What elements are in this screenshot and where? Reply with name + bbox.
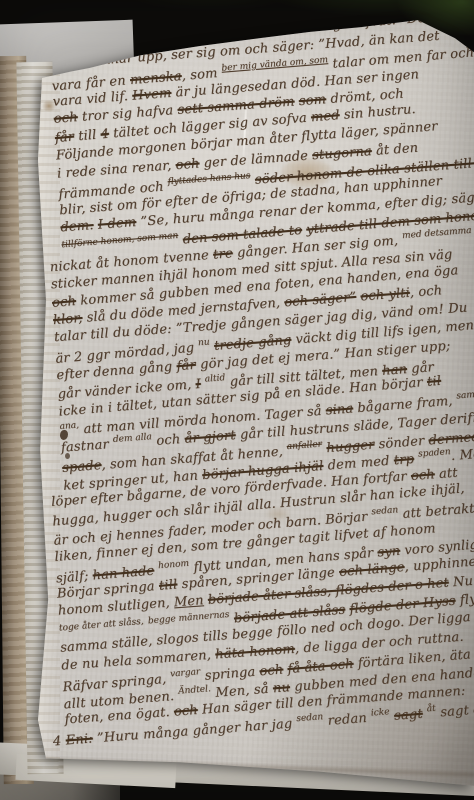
struck-text: år gjort <box>184 428 236 447</box>
struck-text: syn <box>377 543 401 560</box>
struck-text: anfaller <box>286 439 322 452</box>
struck-text: spade <box>62 458 102 476</box>
handwritten-text: springa <box>200 664 260 684</box>
struck-text: hugger <box>326 437 375 456</box>
struck-text: och <box>173 703 198 720</box>
inserted-text: honom <box>158 558 190 570</box>
inserted-text: samma <box>456 389 474 401</box>
manuscript-text: · den i backen? Vänd vackert om, i fall … <box>0 0 474 756</box>
handwritten-text: , som <box>181 65 222 83</box>
inserted-text: icke <box>371 707 390 718</box>
struck-text: trp <box>393 452 414 469</box>
handwritten-text: redan <box>323 711 372 730</box>
struck-text: I dem <box>97 215 136 233</box>
handwritten-text: till <box>73 128 101 145</box>
inserted-text: sedan <box>371 506 399 518</box>
struck-text: han hade <box>92 563 155 583</box>
page-shadow-wrap: · den i backen? Vänd vackert om, i fall … <box>0 0 474 800</box>
struck-text: med <box>310 108 340 125</box>
inserted-text: sedan <box>296 712 324 724</box>
manuscript-photo: · den i backen? Vänd vackert om, i fall … <box>0 0 474 800</box>
handwritten-text: , och <box>409 283 442 300</box>
struck-text: får <box>54 130 74 146</box>
struck-text: sina <box>325 402 354 419</box>
struck-text: och <box>53 110 78 127</box>
handwritten-text: att <box>434 466 458 483</box>
fold-crease <box>30 754 474 779</box>
inserted-text: vargar <box>170 667 201 679</box>
struck-text: dem. <box>60 218 94 235</box>
handwritten-text: 4 <box>52 734 66 750</box>
struck-text: nu <box>272 680 290 696</box>
struck-text: och <box>175 156 200 173</box>
handwritten-text: och <box>152 432 186 449</box>
handwritten-text: åt den <box>371 140 418 158</box>
handwritten-text: . Men <box>450 446 474 464</box>
inserted-text: dem alla <box>113 432 153 445</box>
manuscript-page: · den i backen? Vänd vackert om, i fall … <box>30 10 474 792</box>
struck-text: och <box>410 467 435 484</box>
handwritten-text: fastnar <box>60 437 113 456</box>
handwritten-text: sönder <box>374 433 429 452</box>
struck-text: tre <box>213 247 234 263</box>
handwritten-text: att betrakta <box>398 501 474 522</box>
inserted-text: altid <box>204 373 225 384</box>
struck-text: sagt <box>394 707 424 724</box>
struck-text: till <box>158 577 178 593</box>
handwritten-text: Nu <box>448 574 473 591</box>
struck-text: Hvem <box>132 86 172 104</box>
struck-text: som <box>298 92 326 109</box>
struck-text: och <box>259 662 284 679</box>
handwritten-text: Men <box>173 593 204 610</box>
struck-text: får <box>176 357 196 373</box>
handwritten-text: själf; <box>55 568 93 586</box>
struck-text: Eni: <box>65 732 93 749</box>
struck-text: til <box>426 374 441 390</box>
struck-text: och <box>51 294 76 311</box>
inserted-text: nu <box>198 338 210 349</box>
struck-text: dermed <box>428 429 474 448</box>
